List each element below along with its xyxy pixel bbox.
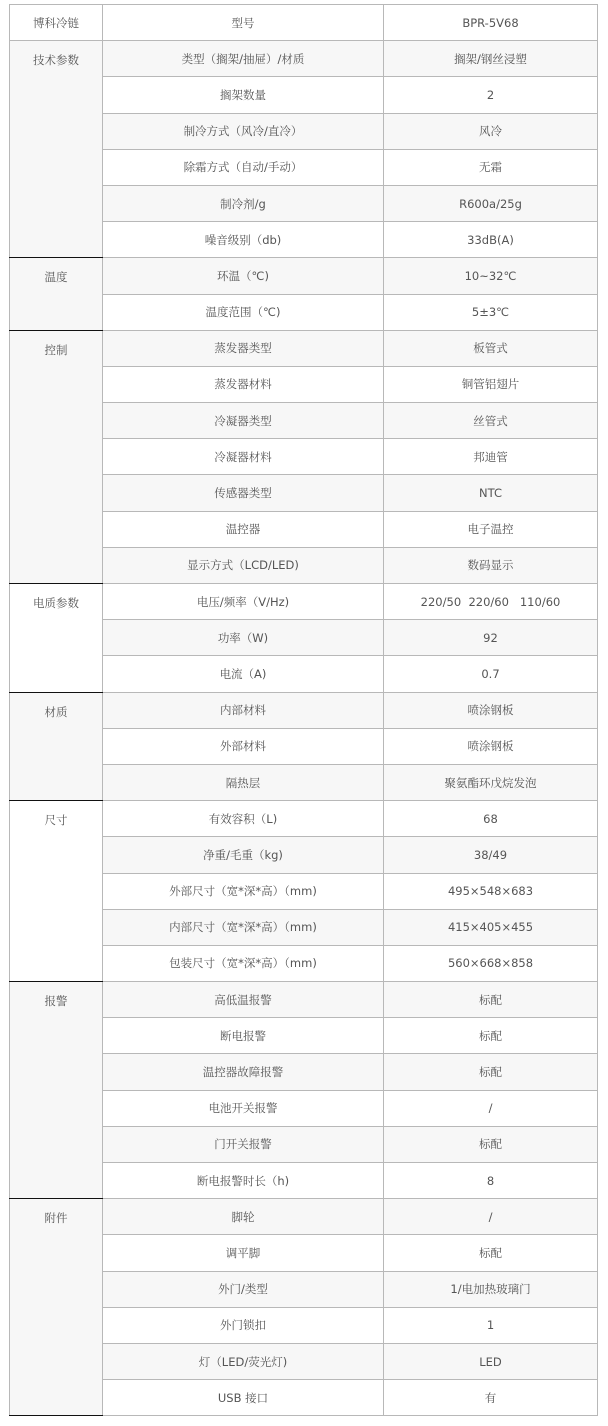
- param-value-cell: 丝管式: [384, 403, 598, 439]
- group-cell: 尺寸: [10, 801, 103, 982]
- param-label-cell: 传感器类型: [103, 475, 384, 511]
- param-value-cell: 标配: [384, 1235, 598, 1271]
- group-cell: 电质参数: [10, 584, 103, 693]
- param-value-cell: 5±3℃: [384, 294, 598, 330]
- model-label-cell: 型号: [103, 5, 384, 41]
- param-label-cell: 高低温报警: [103, 982, 384, 1018]
- group-cell: 材质: [10, 692, 103, 801]
- table-row: 材质内部材料喷涂钢板: [10, 692, 598, 728]
- brand-cell: 博科冷链: [10, 5, 103, 41]
- group-cell: 温度: [10, 258, 103, 330]
- param-label-cell: 功率（W): [103, 620, 384, 656]
- param-value-cell: 邦迪管: [384, 439, 598, 475]
- param-label-cell: 门开关报警: [103, 1126, 384, 1162]
- param-label-cell: 冷凝器类型: [103, 403, 384, 439]
- param-label-cell: 环温（℃): [103, 258, 384, 294]
- param-label-cell: 外部尺寸（宽*深*高）（mm): [103, 873, 384, 909]
- table-row: 控制蒸发器类型板管式: [10, 330, 598, 366]
- param-label-cell: 断电报警时长（h): [103, 1163, 384, 1199]
- param-value-cell: 68: [384, 801, 598, 837]
- param-label-cell: 外门锁扣: [103, 1307, 384, 1343]
- param-label-cell: 制冷方式（风冷/直冷）: [103, 113, 384, 149]
- param-value-cell: 0.7: [384, 656, 598, 692]
- param-value-cell: R600a/25g: [384, 185, 598, 221]
- param-label-cell: USB 接口: [103, 1380, 384, 1416]
- param-value-cell: 标配: [384, 1054, 598, 1090]
- table-row: 尺寸有效容积（L)68: [10, 801, 598, 837]
- param-value-cell: LED: [384, 1343, 598, 1379]
- param-value-cell: 标配: [384, 1018, 598, 1054]
- table-row: 附件脚轮/: [10, 1199, 598, 1235]
- param-label-cell: 搁架数量: [103, 77, 384, 113]
- group-cell: 控制: [10, 330, 103, 583]
- param-value-cell: /: [384, 1199, 598, 1235]
- param-label-cell: 电池开关报警: [103, 1090, 384, 1126]
- param-label-cell: 有效容积（L): [103, 801, 384, 837]
- table-row: 报警高低温报警标配: [10, 982, 598, 1018]
- param-value-cell: 1: [384, 1307, 598, 1343]
- param-label-cell: 冷凝器材料: [103, 439, 384, 475]
- param-value-cell: 92: [384, 620, 598, 656]
- param-label-cell: 电流（A): [103, 656, 384, 692]
- param-label-cell: 除霜方式（自动/手动）: [103, 149, 384, 185]
- group-cell: 报警: [10, 982, 103, 1199]
- param-label-cell: 噪音级别（db): [103, 222, 384, 258]
- param-label-cell: 温度范围（℃): [103, 294, 384, 330]
- param-label-cell: 电压/频率（V/Hz): [103, 584, 384, 620]
- param-label-cell: 包装尺寸（宽*深*高）（mm): [103, 945, 384, 981]
- param-label-cell: 调平脚: [103, 1235, 384, 1271]
- param-value-cell: 喷涂钢板: [384, 692, 598, 728]
- param-value-cell: 标配: [384, 1126, 598, 1162]
- param-label-cell: 类型（搁架/抽屉）/材质: [103, 41, 384, 77]
- spec-table: 博科冷链 型号 BPR-5V68 技术参数类型（搁架/抽屉）/材质搁架/钢丝浸塑…: [9, 4, 598, 1416]
- param-label-cell: 内部材料: [103, 692, 384, 728]
- param-value-cell: 搁架/钢丝浸塑: [384, 41, 598, 77]
- model-value-cell: BPR-5V68: [384, 5, 598, 41]
- param-value-cell: 无霜: [384, 149, 598, 185]
- param-value-cell: 495×548×683: [384, 873, 598, 909]
- param-value-cell: 电子温控: [384, 511, 598, 547]
- param-value-cell: 560×668×858: [384, 945, 598, 981]
- param-value-cell: 标配: [384, 982, 598, 1018]
- param-value-cell: 38/49: [384, 837, 598, 873]
- param-value-cell: 数码显示: [384, 547, 598, 583]
- param-label-cell: 灯（LED/荧光灯): [103, 1343, 384, 1379]
- param-label-cell: 显示方式（LCD/LED): [103, 547, 384, 583]
- table-row: 温度环温（℃)10~32℃: [10, 258, 598, 294]
- param-label-cell: 脚轮: [103, 1199, 384, 1235]
- param-label-cell: 隔热层: [103, 764, 384, 800]
- param-label-cell: 内部尺寸（宽*深*高）（mm): [103, 909, 384, 945]
- param-label-cell: 温控器: [103, 511, 384, 547]
- param-value-cell: 10~32℃: [384, 258, 598, 294]
- header-row: 博科冷链 型号 BPR-5V68: [10, 5, 598, 41]
- param-label-cell: 蒸发器类型: [103, 330, 384, 366]
- table-row: 电质参数电压/频率（V/Hz)220/50 220/60 110/60: [10, 584, 598, 620]
- param-value-cell: 415×405×455: [384, 909, 598, 945]
- param-value-cell: 聚氨酯环戊烷发泡: [384, 764, 598, 800]
- param-value-cell: 喷涂钢板: [384, 728, 598, 764]
- param-label-cell: 净重/毛重（kg): [103, 837, 384, 873]
- param-value-cell: 8: [384, 1163, 598, 1199]
- param-label-cell: 制冷剂/g: [103, 185, 384, 221]
- group-cell: 附件: [10, 1199, 103, 1416]
- param-label-cell: 断电报警: [103, 1018, 384, 1054]
- param-value-cell: 220/50 220/60 110/60: [384, 584, 598, 620]
- param-value-cell: 2: [384, 77, 598, 113]
- param-label-cell: 蒸发器材料: [103, 366, 384, 402]
- param-value-cell: 板管式: [384, 330, 598, 366]
- param-value-cell: /: [384, 1090, 598, 1126]
- param-label-cell: 温控器故障报警: [103, 1054, 384, 1090]
- param-value-cell: 有: [384, 1380, 598, 1416]
- param-value-cell: 风冷: [384, 113, 598, 149]
- param-value-cell: NTC: [384, 475, 598, 511]
- table-row: 技术参数类型（搁架/抽屉）/材质搁架/钢丝浸塑: [10, 41, 598, 77]
- group-cell: 技术参数: [10, 41, 103, 258]
- spec-table-body: 博科冷链 型号 BPR-5V68 技术参数类型（搁架/抽屉）/材质搁架/钢丝浸塑…: [10, 5, 598, 1416]
- param-value-cell: 1/电加热玻璃门: [384, 1271, 598, 1307]
- param-label-cell: 外门/类型: [103, 1271, 384, 1307]
- param-value-cell: 33dB(A): [384, 222, 598, 258]
- param-label-cell: 外部材料: [103, 728, 384, 764]
- param-value-cell: 铜管铝翅片: [384, 366, 598, 402]
